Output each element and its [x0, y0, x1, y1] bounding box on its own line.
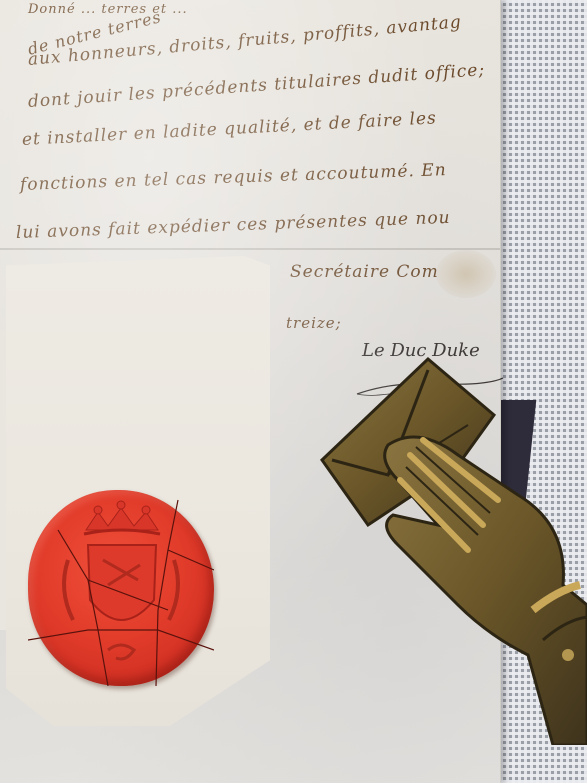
document-line: Donné ... terres et ...: [28, 2, 188, 17]
document-line: aux honneurs, droits, fruits, proffits, …: [27, 12, 462, 70]
document-line: de notre terres: [26, 7, 164, 59]
document-line: fonctions en tel cas requis et accoutumé…: [20, 160, 447, 195]
ink-stain: [436, 250, 496, 298]
document-line: Secrétaire Com: [290, 262, 439, 282]
document-line: dont jouir les précédents titulaires dud…: [27, 60, 485, 112]
seal-crest-icon: [28, 490, 214, 686]
document-line: et installer en ladite qualité, et de fa…: [21, 108, 437, 150]
paper-fold: [0, 248, 500, 250]
wax-seal: [28, 490, 214, 686]
bronze-hand-clip: [318, 355, 587, 745]
photo-scene: Donné ... terres et ... de notre terres …: [0, 0, 587, 783]
document-line: lui avons fait expédier ces présentes qu…: [16, 208, 451, 243]
hand-clip-icon: [318, 355, 587, 745]
document-line: treize;: [286, 314, 342, 332]
